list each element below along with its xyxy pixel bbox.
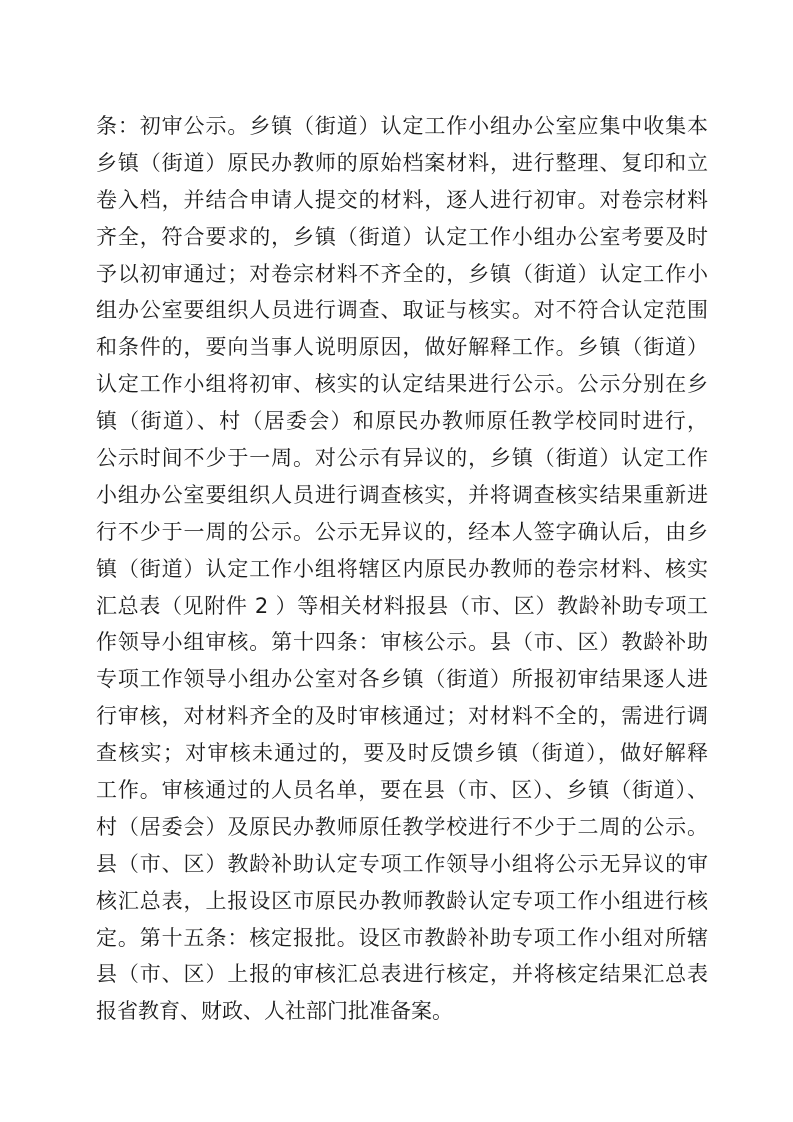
text-line: 予以初审通过；对卷宗材料不齐全的，乡镇（街道）认定工作小 [96,256,708,293]
text-line: 定。第十五条：核定报批。设区市教龄补助专项工作小组对所辖 [96,920,708,957]
text-line: 齐全，符合要求的，乡镇（街道）认定工作小组办公室考要及时 [96,219,708,256]
text-line: 公示时间不少于一周。对公示有异议的，乡镇（街道）认定工作 [96,440,708,477]
text-line: 乡镇（街道）原民办教师的原始档案材料，进行整理、复印和立 [96,145,708,182]
text-line: 汇总表（见附件 2 ）等相关材料报县（市、区）教龄补助专项工 [96,588,708,625]
text-line: 工作。审核通过的人员名单，要在县（市、区）、乡镇（街道）、 [96,772,708,809]
text-line: 和条件的，要向当事人说明原因，做好解释工作。乡镇（街道） [96,329,708,366]
text-line: 县（市、区）教龄补助认定专项工作领导小组将公示无异议的审 [96,846,708,883]
text-line: 组办公室要组织人员进行调查、取证与核实。对不符合认定范围 [96,292,708,329]
document-page: 条：初审公示。乡镇（街道）认定工作小组办公室应集中收集本 乡镇（街道）原民办教师… [0,0,793,1122]
text-line: 镇（街道）认定工作小组将辖区内原民办教师的卷宗材料、核实 [96,551,708,588]
text-line: 卷入档，并结合申请人提交的材料，逐人进行初审。对卷宗材料 [96,182,708,219]
body-paragraph: 条：初审公示。乡镇（街道）认定工作小组办公室应集中收集本 乡镇（街道）原民办教师… [96,108,708,1030]
text-line: 小组办公室要组织人员进行调查核实，并将调查核实结果重新进 [96,477,708,514]
text-line: 行审核，对材料齐全的及时审核通过；对材料不全的，需进行调 [96,698,708,735]
text-line: 行不少于一周的公示。公示无异议的，经本人签字确认后，由乡 [96,514,708,551]
text-line: 专项工作领导小组办公室对各乡镇（街道）所报初审结果逐人进 [96,661,708,698]
text-line: 查核实；对审核未通过的，要及时反馈乡镇（街道），做好解释 [96,735,708,772]
text-line: 村（居委会）及原民办教师原任教学校进行不少于二周的公示。 [96,809,708,846]
text-line: 条：初审公示。乡镇（街道）认定工作小组办公室应集中收集本 [96,108,708,145]
text-line: 镇（街道）、村（居委会）和原民办教师原任教学校同时进行， [96,403,708,440]
text-line: 县（市、区）上报的审核汇总表进行核定，并将核定结果汇总表 [96,956,708,993]
text-line: 核汇总表，上报设区市原民办教师教龄认定专项工作小组进行核 [96,883,708,920]
text-line: 报省教育、财政、人社部门批准备案。 [96,993,708,1030]
text-line: 认定工作小组将初审、核实的认定结果进行公示。公示分别在乡 [96,366,708,403]
text-line: 作领导小组审核。第十四条：审核公示。县（市、区）教龄补助 [96,624,708,661]
